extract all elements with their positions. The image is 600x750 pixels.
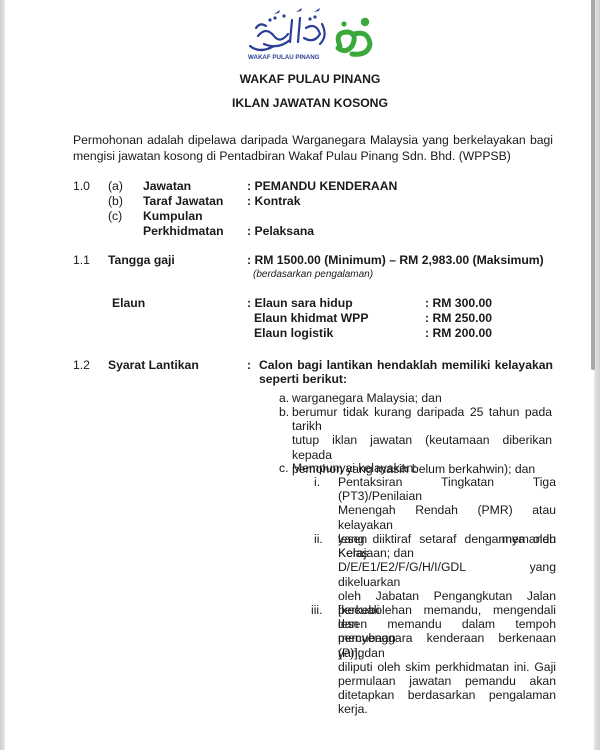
subitem-iii-text: berkebolehan memandu, mengendali dan men… — [338, 603, 556, 717]
subitem-marker-i: i. — [314, 475, 320, 489]
item-c-text: Mempunyai kelayakan: — [292, 461, 417, 475]
label-syarat-lantikan: Syarat Lantikan — [108, 358, 199, 372]
syarat-lead-line-2: seperti berikut: — [259, 372, 347, 386]
allowance-name-2: Elaun khidmat WPP — [254, 311, 368, 325]
subitem-i-line-1: Pentaksiran Tingkatan Tiga (PT3)/Penilai… — [338, 475, 556, 503]
subitem-iii-line-2: menyenggara kenderaan berkenaan yang — [338, 631, 556, 659]
intro-line-1: Permohonan adalah dipelawa daripada Warg… — [73, 132, 553, 148]
section-number-1-1: 1.1 — [73, 253, 90, 267]
value-jawatan: : PEMANDU KENDERAAN — [247, 179, 397, 193]
page-title: IKLAN JAWATAN KOSONG — [0, 96, 600, 110]
subitem-iii-line-4: permulaan jawatan pemandu akan — [338, 674, 556, 688]
subitem-iii-line-3: diliputi oleh skim perkhidmatan ini. Gaj… — [338, 660, 556, 674]
label-taraf-jawatan: Taraf Jawatan — [143, 194, 223, 208]
item-marker-a: a. — [279, 391, 289, 405]
logo-wakaf-pulau-pinang: WAKAF PULAU PINANG — [244, 6, 380, 62]
salary-note: (berdasarkan pengalaman) — [253, 268, 373, 282]
item-letter-a: (a) — [108, 179, 123, 193]
intro-line-2: mengisi jawatan kosong di Pentadbiran Wa… — [73, 149, 511, 163]
item-letter-c: (c) — [108, 209, 122, 223]
value-kumpulan-perkhidmatan: : Pelaksana — [247, 224, 314, 238]
subitem-marker-iii: iii. — [311, 603, 323, 617]
item-b-line-1: berumur tidak kurang daripada 25 tahun p… — [292, 405, 552, 433]
value-taraf-jawatan: : Kontrak — [247, 194, 301, 208]
intro-paragraph: Permohonan adalah dipelawa daripada Warg… — [73, 132, 553, 164]
label-tangga-gaji: Tangga gaji — [108, 253, 175, 267]
allowance-amount-3: : RM 200.00 — [425, 326, 492, 340]
subitem-iii-line-1: berkebolehan memandu, mengendali dan — [338, 603, 556, 631]
label-kumpulan: Kumpulan — [143, 209, 203, 223]
allowance-amount-2: : RM 250.00 — [425, 311, 492, 325]
logo-emblem-icon: WAKAF PULAU PINANG — [244, 6, 380, 62]
item-letter-b: (b) — [108, 194, 123, 208]
item-b-line-2: tutup iklan jawatan (keutamaan diberikan… — [292, 433, 552, 461]
subitem-marker-ii: ii. — [314, 532, 323, 546]
org-heading: WAKAF PULAU PINANG — [0, 72, 600, 86]
subitem-ii-line-2: D/E/E1/E2/F/G/H/I/GDL yang dikeluarkan — [338, 560, 556, 588]
allowance-name-1: : Elaun sara hidup — [247, 296, 353, 310]
item-marker-b: b. — [279, 405, 289, 419]
value-tangga-gaji: : RM 1500.00 (Minimum) – RM 2,983.00 (Ma… — [247, 253, 544, 267]
label-perkhidmatan: Perkhidmatan — [143, 224, 224, 238]
label-elaun: Elaun — [112, 296, 145, 310]
subitem-ii-line-1: lesen memandu Kelas — [338, 532, 556, 560]
logo-caption: WAKAF PULAU PINANG — [248, 54, 320, 61]
label-jawatan: Jawatan — [143, 179, 191, 193]
syarat-lead-line-1: Calon bagi lantikan hendaklah memiliki k… — [259, 358, 553, 372]
item-marker-c: c. — [279, 461, 288, 475]
section-number-1-0: 1.0 — [73, 179, 90, 193]
subitem-iii-line-5: ditetapkan berdasarkan pengalaman kerja. — [338, 688, 556, 716]
item-a-text: warganegara Malaysia; dan — [292, 391, 442, 405]
section-number-1-2: 1.2 — [73, 358, 90, 372]
subitem-i-line-2: Menengah Rendah (PMR) atau kelayakan — [338, 503, 556, 531]
syarat-colon: : — [247, 358, 251, 372]
document-page: WAKAF PULAU PINANG WAKAF PULAU PINANG IK… — [0, 0, 600, 750]
syarat-lead: Calon bagi lantikan hendaklah memiliki k… — [259, 358, 553, 386]
allowance-name-3: Elaun logistik — [254, 326, 333, 340]
allowance-amount-1: : RM 300.00 — [425, 296, 492, 310]
